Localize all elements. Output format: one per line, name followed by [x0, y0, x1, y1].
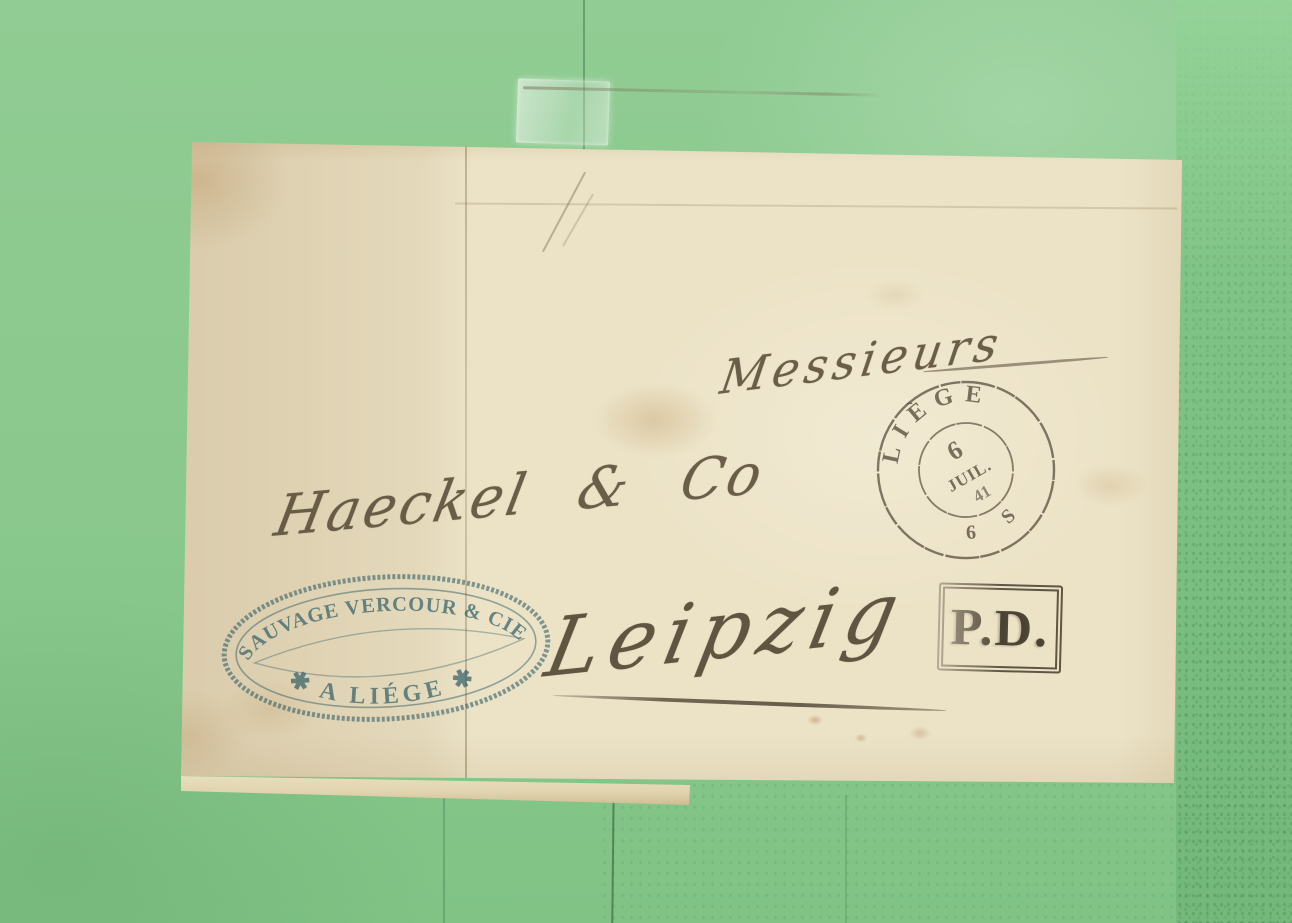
album-page-bottom-texture	[600, 780, 1292, 923]
paper-seam	[845, 795, 847, 923]
handwritten-addressee: Haeckel & Co	[269, 441, 770, 550]
underline-flourish	[552, 693, 947, 712]
pd-smudge-fade	[932, 578, 1002, 678]
pencil-scratch	[562, 194, 594, 247]
cds-year-text: 41	[970, 481, 994, 506]
company-oval-cachet: SAUVAGE VERCOUR & CIE ✱ A LIÉGE ✱	[196, 553, 576, 743]
handwritten-destination: Leipzig	[538, 563, 916, 696]
folded-letter-cover: Messieurs Haeckel & Co Leipzig LIÈGE 6 S…	[175, 135, 1187, 787]
paper-seam	[443, 788, 445, 923]
cds-day-text: 6	[942, 435, 968, 467]
liege-circular-datestamp: LIÈGE 6 S 6 JUIL. 41	[856, 360, 1076, 580]
photo-of-postal-cover: Messieurs Haeckel & Co Leipzig LIÈGE 6 S…	[0, 0, 1292, 923]
